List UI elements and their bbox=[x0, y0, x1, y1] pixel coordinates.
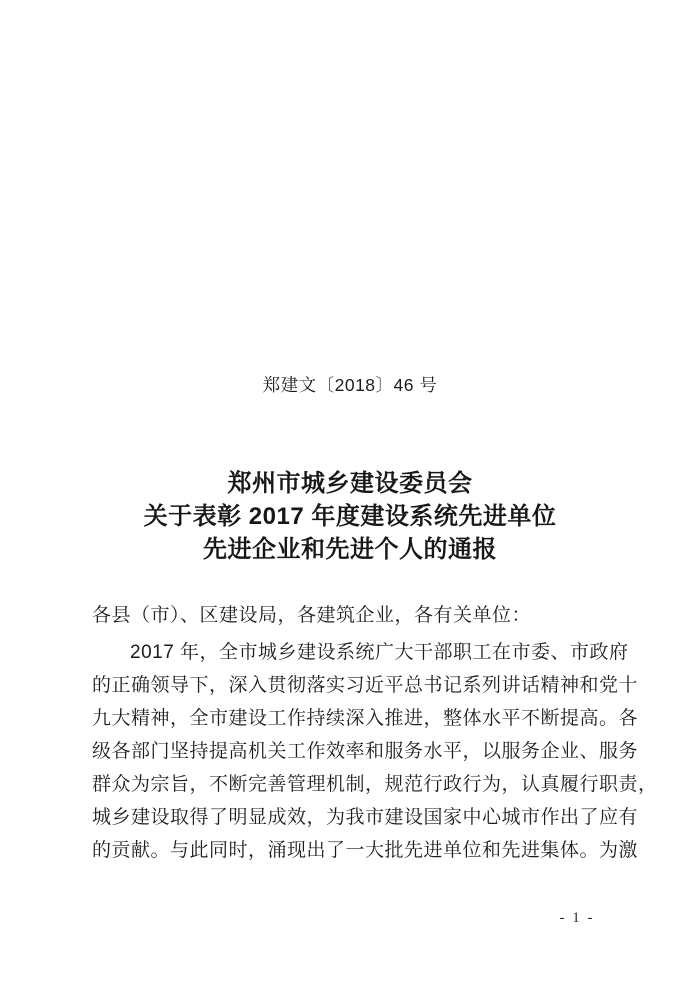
title-line-1: 郑州市城乡建设委员会 bbox=[0, 467, 700, 500]
body-line: 2017 年，全市城乡建设系统广大干部职工在市委、市政府 bbox=[92, 636, 614, 669]
salutation-line: 各县（市）、区建设局，各建筑企业，各有关单位： bbox=[92, 602, 614, 630]
body-line: 的贡献。与此同时，涌现出了一大批先进单位和先进集体。为激 bbox=[92, 834, 614, 867]
body-line: 城乡建设取得了明显成效，为我市建设国家中心城市作出了应有 bbox=[92, 801, 614, 834]
body-paragraph: 2017 年，全市城乡建设系统广大干部职工在市委、市政府 的正确领导下，深入贯彻… bbox=[92, 636, 614, 867]
document-title: 郑州市城乡建设委员会 关于表彰 2017 年度建设系统先进单位 先进企业和先进个… bbox=[0, 467, 700, 566]
body-line: 级各部门坚持提高机关工作效率和服务水平，以服务企业、服务 bbox=[92, 735, 614, 768]
page-number: - 1 - bbox=[537, 908, 617, 928]
title-line-3: 先进企业和先进个人的通报 bbox=[0, 533, 700, 566]
body-line: 群众为宗旨，不断完善管理机制，规范行政行为，认真履行职责， bbox=[92, 768, 614, 801]
document-page: 郑建文〔2018〕46 号 郑州市城乡建设委员会 关于表彰 2017 年度建设系… bbox=[0, 0, 700, 991]
body-line: 九大精神，全市建设工作持续深入推进，整体水平不断提高。各 bbox=[92, 702, 614, 735]
document-number: 郑建文〔2018〕46 号 bbox=[0, 373, 700, 397]
title-line-2: 关于表彰 2017 年度建设系统先进单位 bbox=[0, 500, 700, 533]
body-line: 的正确领导下，深入贯彻落实习近平总书记系列讲话精神和党十 bbox=[92, 669, 614, 702]
